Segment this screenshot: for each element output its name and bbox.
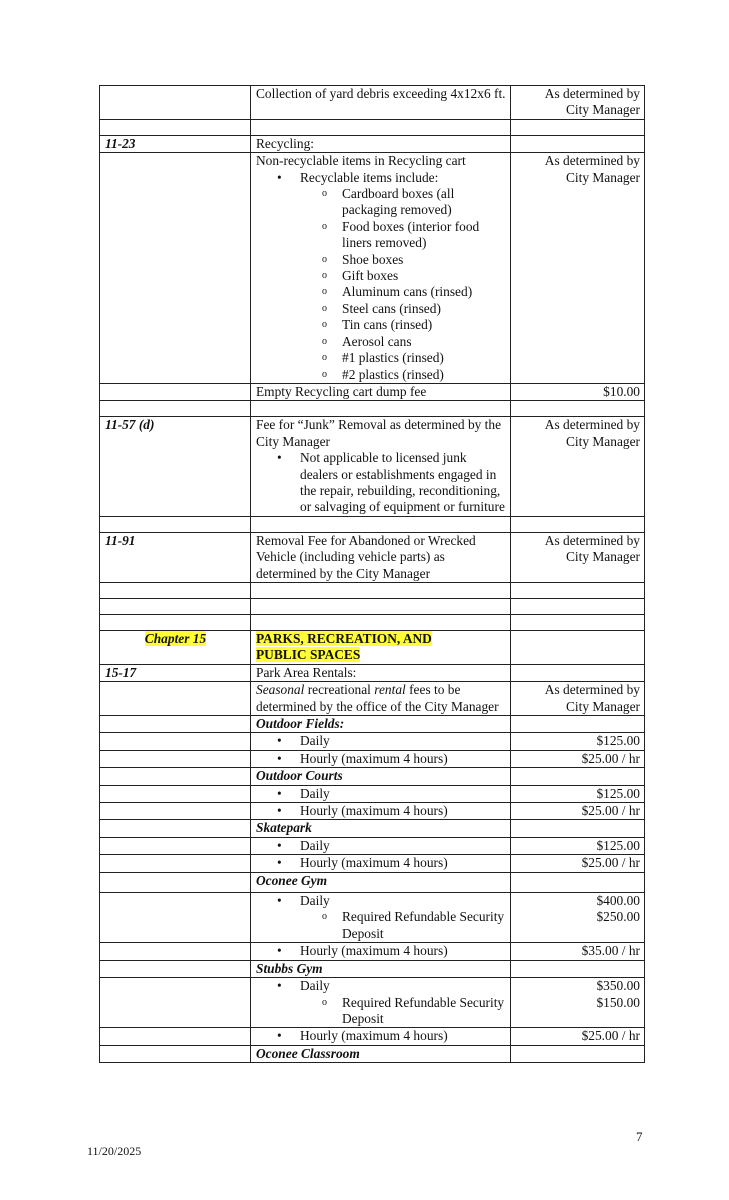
table-row: Daily$125.00 <box>100 733 645 750</box>
table-row: 11-23 Recycling: <box>100 135 645 152</box>
facility-header-row: Outdoor Courts <box>100 768 645 785</box>
facility-name: Outdoor Courts <box>251 768 511 785</box>
table-row: Hourly (maximum 4 hours)$25.00 / hr <box>100 855 645 872</box>
fee-cell: $400.00$250.00 <box>511 893 645 943</box>
table-row: Daily$125.00 <box>100 837 645 854</box>
description-cell: Removal Fee for Abandoned or Wrecked Veh… <box>251 532 511 582</box>
description-cell: Non-recyclable items in Recycling cart R… <box>251 153 511 384</box>
table-row-blank <box>100 401 645 417</box>
facility-header-row: Stubbs Gym <box>100 960 645 977</box>
chapter-label-cell: Chapter 15 <box>100 630 251 664</box>
table-row: Hourly (maximum 4 hours)$35.00 / hr <box>100 943 645 960</box>
page-number: 7 <box>636 1129 643 1145</box>
facility-name: Skatepark <box>251 820 511 837</box>
table-row: 15-17 Park Area Rentals: <box>100 664 645 681</box>
fee-schedule-table: Collection of yard debris exceeding 4x12… <box>99 85 645 1063</box>
facility-name: Oconee Classroom <box>251 1045 511 1062</box>
sub-item: Cardboard boxes (all packaging removed) <box>256 186 506 219</box>
fee-cell: $125.00 <box>511 733 645 750</box>
fee-cell: $125.00 <box>511 785 645 802</box>
facility-name: Oconee Gym <box>251 872 511 892</box>
document-page: Collection of yard debris exceeding 4x12… <box>0 0 729 1200</box>
facility-header-row: Oconee Gym <box>100 872 645 892</box>
table-row: DailyRequired Refundable Security Deposi… <box>100 893 645 943</box>
facility-header-row: Oconee Classroom <box>100 1045 645 1062</box>
chapter-title-cell: PARKS, RECREATION, ANDPUBLIC SPACES <box>251 630 511 664</box>
chapter-label: Chapter 15 <box>145 631 206 646</box>
footer-date: 11/20/2025 <box>87 1144 141 1159</box>
section-number: 11-91 <box>100 532 251 582</box>
sub-item: Aluminum cans (rinsed) <box>256 284 506 300</box>
table-row-blank <box>100 598 645 614</box>
description-cell: Empty Recycling cart dump fee <box>251 383 511 400</box>
facility-header-row: Skatepark <box>100 820 645 837</box>
sub-item: Steel cans (rinsed) <box>256 301 506 317</box>
sub-item: #2 plastics (rinsed) <box>256 367 506 383</box>
table-row: Hourly (maximum 4 hours)$25.00 / hr <box>100 803 645 820</box>
facility-name: Outdoor Fields: <box>251 716 511 733</box>
bullet-item: Not applicable to licensed junk dealers … <box>256 450 506 516</box>
table-row: Collection of yard debris exceeding 4x12… <box>100 86 645 120</box>
table-row: Hourly (maximum 4 hours)$25.00 / hr <box>100 750 645 767</box>
table-row: Daily$125.00 <box>100 785 645 802</box>
table-row: Empty Recycling cart dump fee $10.00 <box>100 383 645 400</box>
table-row: DailyRequired Refundable Security Deposi… <box>100 978 645 1028</box>
description-cell: Fee for “Junk” Removal as determined by … <box>251 417 511 516</box>
table-row: Seasonal recreational rental fees to be … <box>100 682 645 716</box>
section-number: 15-17 <box>100 664 251 681</box>
fee-cell: $25.00 / hr <box>511 803 645 820</box>
sub-item: Tin cans (rinsed) <box>256 317 506 333</box>
fee-cell: $125.00 <box>511 837 645 854</box>
section-number: 11-57 (d) <box>100 417 251 516</box>
facility-name: Stubbs Gym <box>251 960 511 977</box>
fee-cell: $25.00 / hr <box>511 1028 645 1045</box>
description-cell: Park Area Rentals: <box>251 664 511 681</box>
table-row-blank <box>100 582 645 598</box>
fee-cell: $35.00 / hr <box>511 943 645 960</box>
table-row: Non-recyclable items in Recycling cart R… <box>100 153 645 384</box>
fee-cell: $25.00 / hr <box>511 750 645 767</box>
sub-item: #1 plastics (rinsed) <box>256 350 506 366</box>
sub-item: Gift boxes <box>256 268 506 284</box>
section-number: 11-23 <box>100 135 251 152</box>
fee-cell: As determined byCity Manager <box>511 153 645 384</box>
sub-item: Shoe boxes <box>256 252 506 268</box>
bullet-item: Recyclable items include: <box>256 170 506 186</box>
section-cell <box>100 86 251 120</box>
description-cell: Collection of yard debris exceeding 4x12… <box>251 86 511 120</box>
table-row: 11-57 (d) Fee for “Junk” Removal as dete… <box>100 417 645 516</box>
description-cell: Seasonal recreational rental fees to be … <box>251 682 511 716</box>
fee-cell: As determined byCity Manager <box>511 532 645 582</box>
sub-item: Aerosol cans <box>256 334 506 350</box>
fee-cell: As determined byCity Manager <box>511 417 645 516</box>
facility-header-row: Outdoor Fields: <box>100 716 645 733</box>
fee-cell: As determined byCity Manager <box>511 86 645 120</box>
fee-cell: $10.00 <box>511 383 645 400</box>
fee-cell: As determined byCity Manager <box>511 682 645 716</box>
table-row: Hourly (maximum 4 hours)$25.00 / hr <box>100 1028 645 1045</box>
chapter-row: Chapter 15 PARKS, RECREATION, ANDPUBLIC … <box>100 630 645 664</box>
table-row: 11-91 Removal Fee for Abandoned or Wreck… <box>100 532 645 582</box>
table-row-blank <box>100 614 645 630</box>
description-cell: Recycling: <box>251 135 511 152</box>
sub-item: Food boxes (interior food liners removed… <box>256 219 506 252</box>
table-row-blank <box>100 516 645 532</box>
fee-cell: $25.00 / hr <box>511 855 645 872</box>
fee-cell: $350.00$150.00 <box>511 978 645 1028</box>
table-row-blank <box>100 119 645 135</box>
